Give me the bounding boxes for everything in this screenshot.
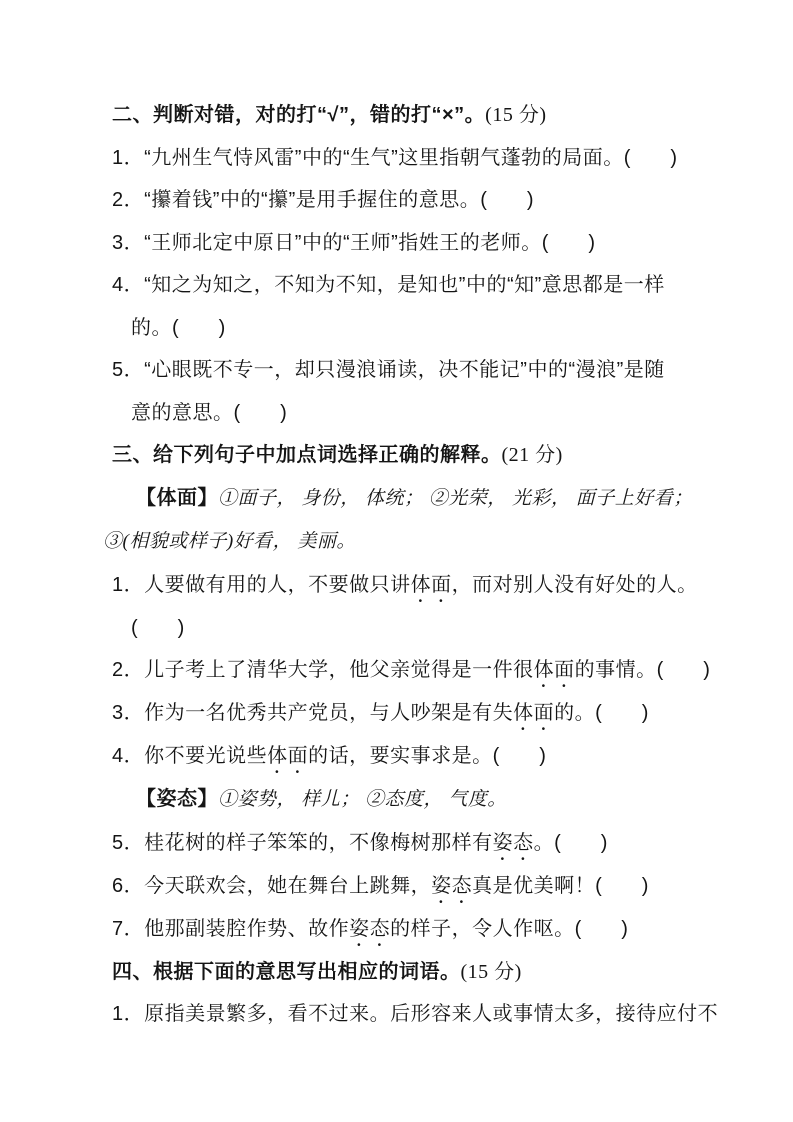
question-line: 5．桂花树的样子笨笨的，不像梅树那样有姿态。( ) [112, 822, 733, 865]
answer-blank: ( ) [172, 317, 225, 339]
answer-blank: ( ) [234, 402, 287, 424]
question-text: 5．桂花树的样子笨笨的，不像梅树那样有 [112, 832, 493, 854]
answer-blank: ( ) [493, 745, 546, 767]
definition-headword: 【体面】 [136, 487, 218, 509]
question-line: 3．作为一名优秀共产党员，与人吵架是有失体面的。( ) [112, 692, 733, 735]
score-label: (15 分) [461, 961, 522, 983]
answer-blank: ( ) [131, 617, 184, 639]
question-text: 的样子，令人作呕。 [390, 918, 575, 940]
definition-continuation-line: ③(相貌或样子)好看， 美丽。 [103, 520, 733, 564]
emphasized-word: 体面 [513, 702, 554, 724]
question-line: 3．“王师北定中原日”中的“王师”指姓王的老师。( ) [112, 222, 733, 265]
question-text: 。 [534, 832, 555, 854]
question-text: 的。 [131, 317, 172, 339]
definition-text: ①姿势， 样儿； ②态度， 气度。 [218, 789, 507, 810]
answer-blank: ( ) [657, 659, 710, 681]
question-text: 1．人要做有用的人，不要做只讲 [112, 574, 411, 596]
question-line: 1．原指美景繁多，看不过来。后形容来人或事情太多，接待应付不 [112, 993, 733, 1036]
definition-text: ①面子， 身份， 体统； ②光荣， 光彩， 面子上好看； [218, 488, 693, 509]
emphasized-word: 姿态 [349, 918, 390, 940]
question-text: ，而对别人没有好处的人。 [452, 574, 698, 596]
emphasized-word: 体面 [267, 745, 308, 767]
definition-line: 【体面】①面子， 身份， 体统； ②光荣， 光彩， 面子上好看； [136, 477, 733, 521]
question-text: 1．原指美景繁多，看不过来。后形容来人或事情太多，接待应付不 [112, 1003, 718, 1025]
emphasized-word: 姿态 [493, 832, 534, 854]
question-line: 4．你不要光说些体面的话，要实事求是。( ) [112, 735, 733, 778]
question-text: 真是优美啊！ [472, 875, 595, 897]
emphasized-word: 姿态 [431, 875, 472, 897]
section-heading: 四、根据下面的意思写出相应的词语。(15 分) [112, 951, 733, 994]
question-line: 7．他那副装腔作势、故作姿态的样子，令人作呕。( ) [112, 908, 733, 951]
question-text: 四、根据下面的意思写出相应的词语。 [112, 961, 461, 983]
section-heading: 三、给下列句子中加点词选择正确的解释。(21 分) [112, 434, 733, 477]
question-text: 3．作为一名优秀共产党员，与人吵架是有失 [112, 702, 513, 724]
question-text: 4．“知之为知之，不知为不知，是知也”中的“知”意思都是一样 [112, 274, 665, 296]
question-text: 2．儿子考上了清华大学，他父亲觉得是一件很 [112, 659, 534, 681]
emphasized-word: 体面 [411, 574, 452, 596]
question-continuation-line: 意的意思。( ) [131, 392, 733, 435]
question-line: 6．今天联欢会，她在舞台上跳舞，姿态真是优美啊！( ) [112, 865, 733, 908]
question-line: 4．“知之为知之，不知为不知，是知也”中的“知”意思都是一样 [112, 264, 733, 307]
question-continuation-line: ( ) [131, 607, 733, 650]
answer-blank: ( ) [480, 189, 533, 211]
question-line: 1．人要做有用的人，不要做只讲体面，而对别人没有好处的人。 [112, 564, 733, 607]
question-continuation-line: 的。( ) [131, 307, 733, 350]
definition-text: ③(相貌或样子)好看， 美丽。 [103, 531, 356, 552]
question-text: 的事情。 [575, 659, 657, 681]
answer-blank: ( ) [624, 147, 677, 169]
question-text: 6．今天联欢会，她在舞台上跳舞， [112, 875, 431, 897]
question-text: 的。 [554, 702, 595, 724]
question-text: 7．他那副装腔作势、故作 [112, 918, 349, 940]
section-heading: 二、判断对错，对的打“√”，错的打“×”。(15 分) [112, 94, 733, 137]
score-label: (15 分) [485, 104, 546, 126]
answer-blank: ( ) [575, 918, 628, 940]
question-text: 意的意思。 [131, 402, 234, 424]
definition-headword: 【姿态】 [136, 788, 218, 810]
exam-page: 二、判断对错，对的打“√”，错的打“×”。(15 分)1．“九州生气恃风雷”中的… [0, 0, 793, 1122]
emphasized-word: 体面 [534, 659, 575, 681]
question-text: 3．“王师北定中原日”中的“王师”指姓王的老师。 [112, 232, 542, 254]
answer-blank: ( ) [542, 232, 595, 254]
question-text: 二、判断对错，对的打“√”，错的打“×”。 [112, 104, 485, 126]
question-text: 三、给下列句子中加点词选择正确的解释。 [112, 444, 502, 466]
answer-blank: ( ) [595, 702, 648, 724]
document-body: 二、判断对错，对的打“√”，错的打“×”。(15 分)1．“九州生气恃风雷”中的… [103, 94, 733, 1036]
question-text: 5．“心眼既不专一，却只漫浪诵读，决不能记”中的“漫浪”是随 [112, 359, 665, 381]
definition-line: 【姿态】①姿势， 样儿； ②态度， 气度。 [136, 778, 733, 822]
question-line: 2．儿子考上了清华大学，他父亲觉得是一件很体面的事情。( ) [112, 649, 733, 692]
answer-blank: ( ) [554, 832, 607, 854]
answer-blank: ( ) [595, 875, 648, 897]
score-label: (21 分) [502, 444, 563, 466]
question-line: 2．“攥着钱”中的“攥”是用手握住的意思。( ) [112, 179, 733, 222]
question-line: 1．“九州生气恃风雷”中的“生气”这里指朝气蓬勃的局面。( ) [112, 137, 733, 180]
question-text: 1．“九州生气恃风雷”中的“生气”这里指朝气蓬勃的局面。 [112, 147, 624, 169]
question-text: 的话，要实事求是。 [308, 745, 493, 767]
question-line: 5．“心眼既不专一，却只漫浪诵读，决不能记”中的“漫浪”是随 [112, 349, 733, 392]
question-text: 4．你不要光说些 [112, 745, 267, 767]
question-text: 2．“攥着钱”中的“攥”是用手握住的意思。 [112, 189, 480, 211]
